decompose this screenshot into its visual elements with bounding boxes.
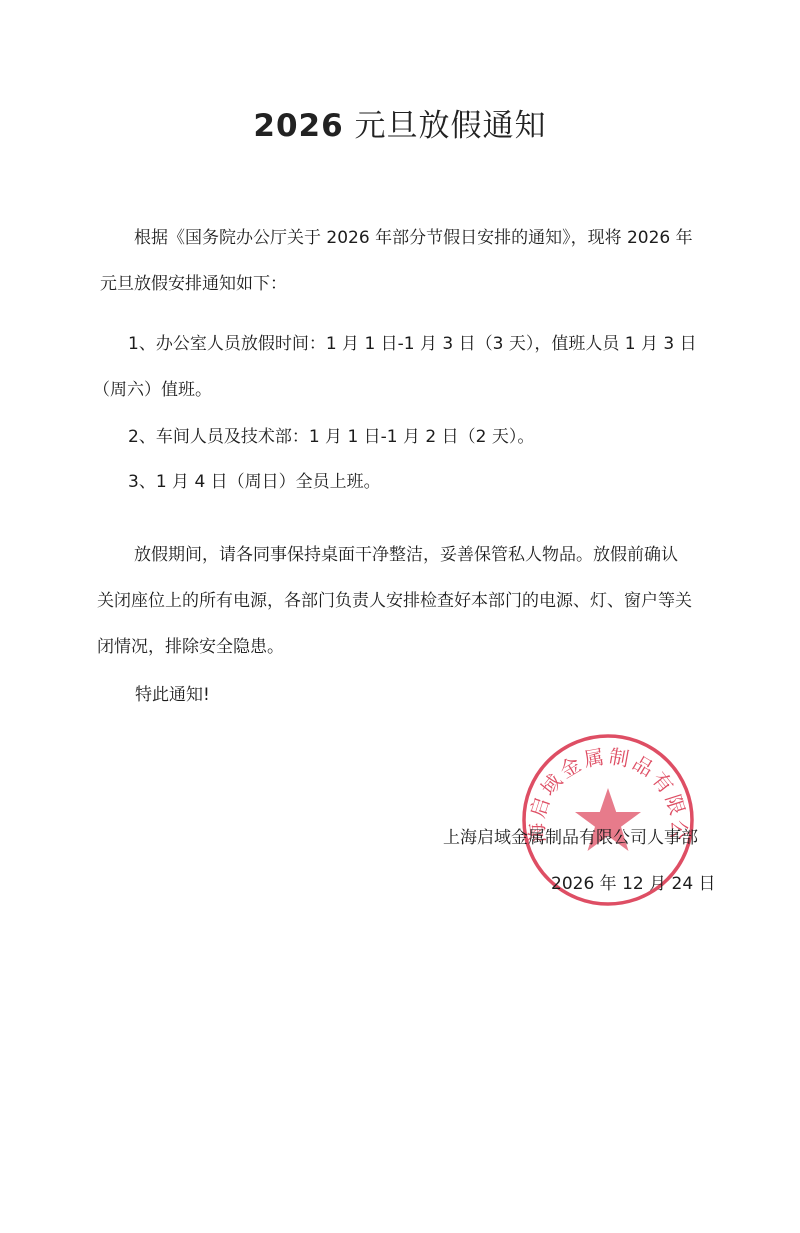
notice-line-1: 放假期间，请各同事保持桌面干净整洁，妥善保管私人物品。放假前确认 <box>134 543 678 567</box>
item-1-line-2: （周六）值班。 <box>93 378 212 402</box>
item-2-line: 2、车间人员及技术部：1 月 1 日-1 月 2 日（2 天）。 <box>128 425 534 449</box>
title-text: 元旦放假通知 <box>344 108 547 144</box>
intro-line-1: 根据《国务院办公厅关于 2026 年部分节假日安排的通知》，现将 2026 年 <box>134 226 693 250</box>
page-title: 2026 元旦放假通知 <box>0 104 800 148</box>
notice-line-3: 闭情况，排除安全隐患。 <box>97 635 284 659</box>
item-3-line: 3、1 月 4 日（周日）全员上班。 <box>128 470 381 494</box>
closing-text: 特此通知! <box>135 683 210 707</box>
signature-department: 上海启域金属制品有限公司人事部 <box>443 826 698 850</box>
intro-line-2: 元旦放假安排通知如下： <box>100 272 287 296</box>
document-page: 2026 元旦放假通知 根据《国务院办公厅关于 2026 年部分节假日安排的通知… <box>0 0 800 1233</box>
title-year: 2026 <box>253 108 343 144</box>
item-1-line-1: 1、办公室人员放假时间：1 月 1 日-1 月 3 日（3 天），值班人员 1 … <box>128 332 697 356</box>
notice-line-2: 关闭座位上的所有电源，各部门负责人安排检查好本部门的电源、灯、窗户等关 <box>97 589 692 613</box>
signature-date: 2026 年 12 月 24 日 <box>551 872 716 896</box>
